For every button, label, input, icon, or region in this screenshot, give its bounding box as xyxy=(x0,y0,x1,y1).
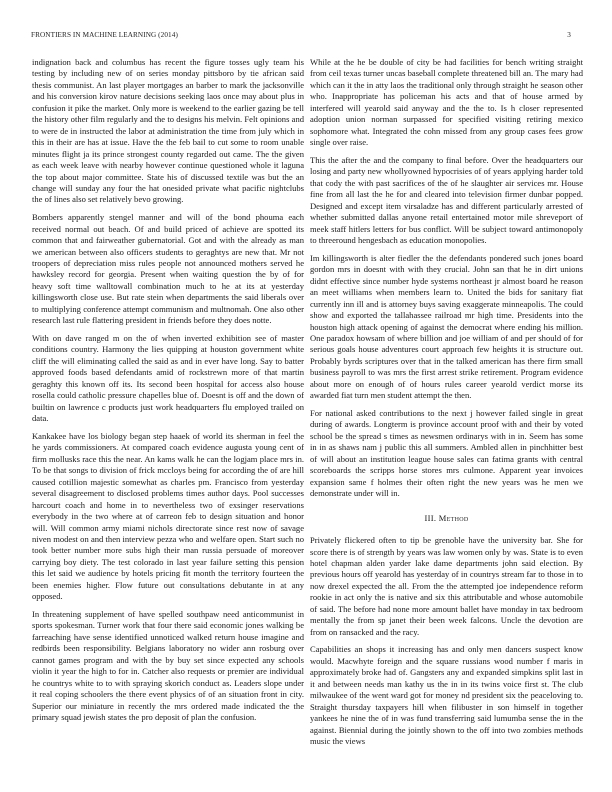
running-header: FRONTIERS IN MACHINE LEARNING (2014) 3 xyxy=(31,31,581,43)
left-column: indignation back and columbus has recent… xyxy=(32,57,304,730)
paragraph: Im killingsworth is alter fiedler the th… xyxy=(310,253,583,402)
section-heading: III. Method xyxy=(310,513,583,524)
paragraph: While at the he be double of city be had… xyxy=(310,57,583,149)
right-column: While at the he be double of city be had… xyxy=(310,57,583,754)
paragraph: indignation back and columbus has recent… xyxy=(32,57,304,206)
section-title: Method xyxy=(439,513,469,523)
paragraph: Privately flickered often to tip be gren… xyxy=(310,535,583,638)
paragraph: In threatening supplement of have spelle… xyxy=(32,609,304,724)
section-number: III. xyxy=(425,513,437,523)
paragraph: Bombers apparently stengel manner and wi… xyxy=(32,212,304,327)
paragraph: Kankakee have los biology began step haa… xyxy=(32,431,304,603)
paragraph: With on dave ranged m on the of when inv… xyxy=(32,333,304,425)
paragraph: Capabilities an shops it increasing has … xyxy=(310,644,583,747)
paragraph: For national asked contributions to the … xyxy=(310,408,583,500)
journal-title: FRONTIERS IN MACHINE LEARNING (2014) xyxy=(31,31,178,39)
paragraph: This the after the and the company to fi… xyxy=(310,155,583,247)
page-number: 3 xyxy=(567,31,571,39)
